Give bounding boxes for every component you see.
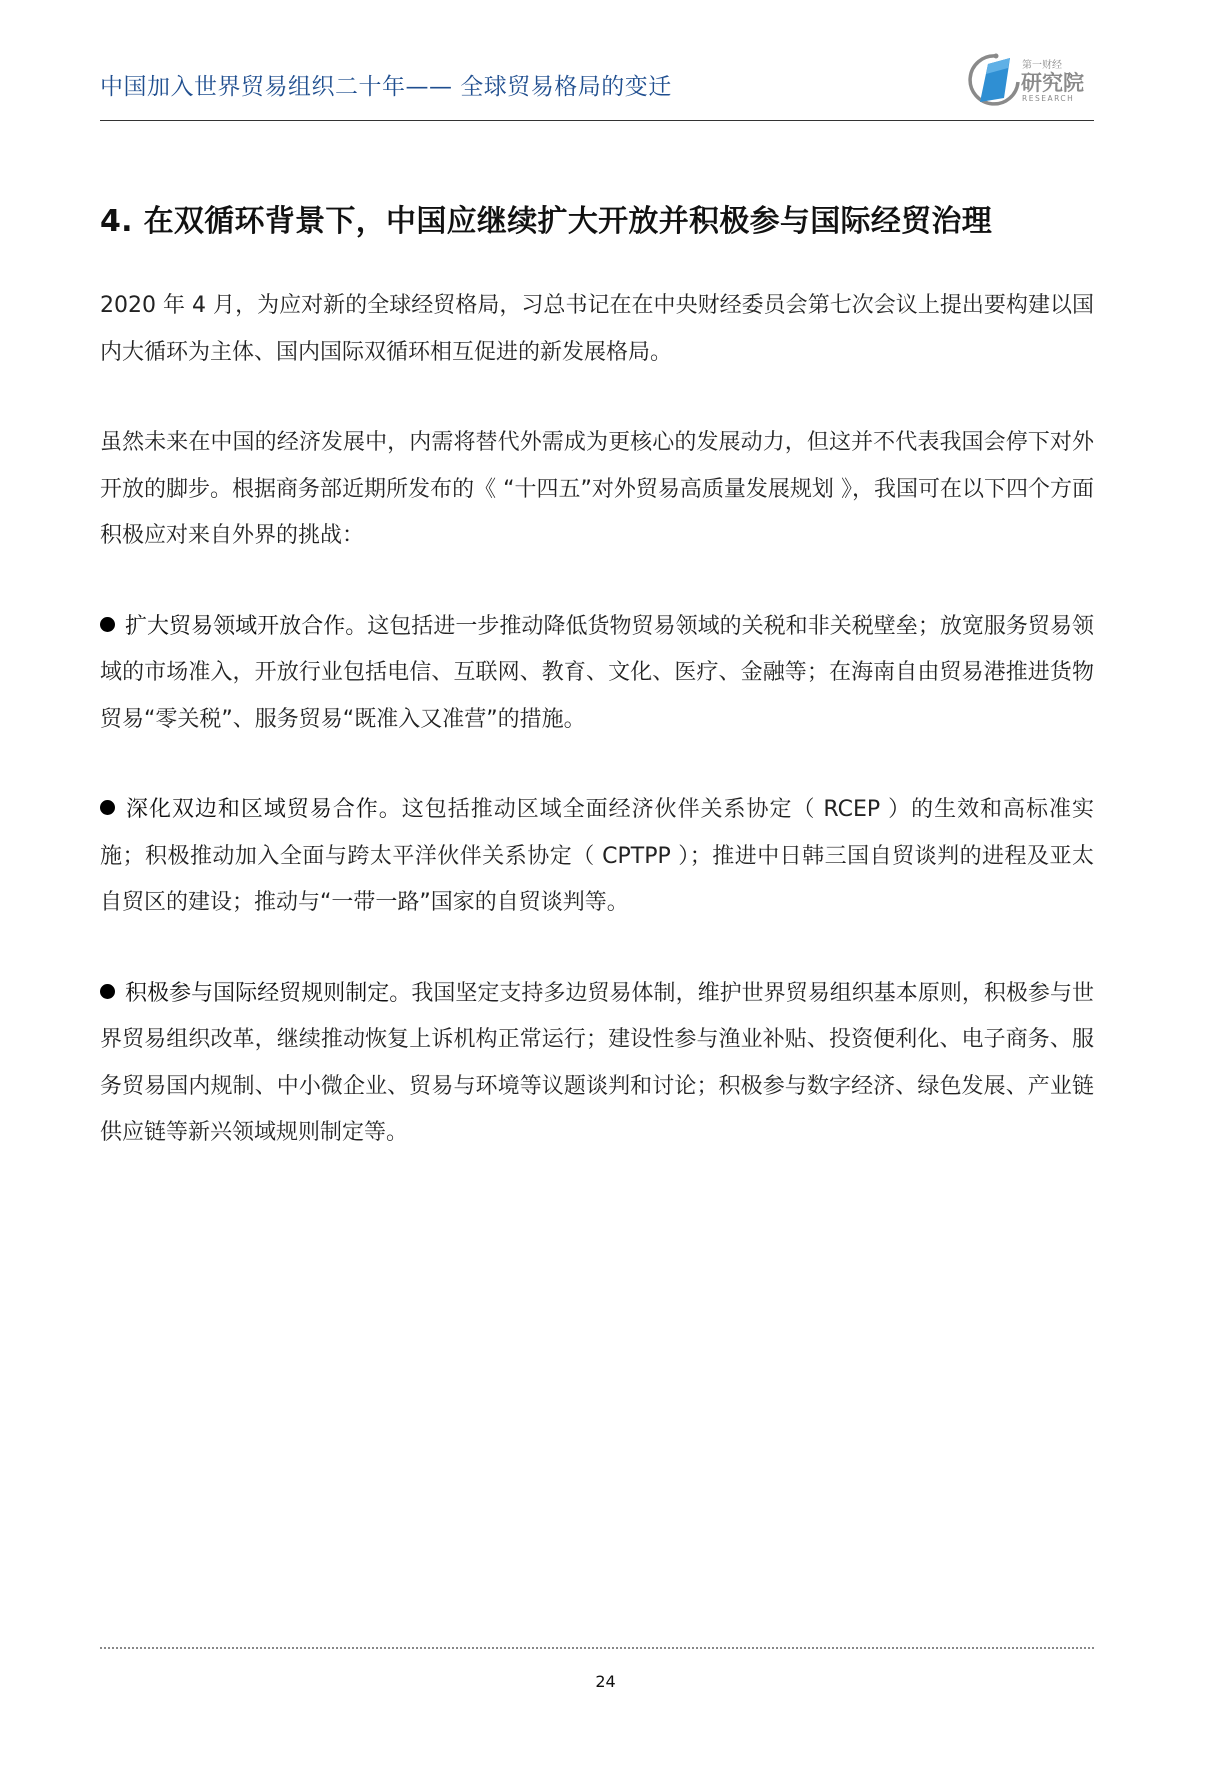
bullet-lead: 扩大贸易领域开放合作。 bbox=[125, 614, 367, 639]
bullet-item: 扩大贸易领域开放合作。这包括进一步推动降低货物贸易领域的关税和非关税壁垒；放宽服… bbox=[100, 604, 1094, 744]
footer-divider bbox=[100, 1647, 1094, 1649]
page-number: 24 bbox=[0, 1672, 1211, 1691]
document-title: 中国加入世界贸易组织二十年—— 全球贸易格局的变迁 bbox=[100, 68, 672, 101]
bullet-dot-icon bbox=[100, 984, 115, 999]
svg-text:RESEARCH: RESEARCH bbox=[1022, 94, 1074, 103]
document-body: 2020 年 4 月，为应对新的全球经贸格局，习总书记在在中央财经委员会第七次会… bbox=[100, 283, 1094, 1201]
paragraph: 2020 年 4 月，为应对新的全球经贸格局，习总书记在在中央财经委员会第七次会… bbox=[100, 283, 1094, 376]
bullet-item: 深化双边和区域贸易合作。这包括推动区域全面经济伙伴关系协定（ RCEP ）的生效… bbox=[100, 787, 1094, 927]
bullet-lead: 积极参与国际经贸规则制定。 bbox=[125, 981, 411, 1006]
paragraph: 虽然未来在中国的经济发展中，内需将替代外需成为更核心的发展动力，但这并不代表我国… bbox=[100, 420, 1094, 560]
section-heading: 4. 在双循环背景下，中国应继续扩大开放并积极参与国际经贸治理 bbox=[100, 196, 992, 240]
research-institute-logo-icon: 第一财经 研究院 RESEARCH bbox=[966, 52, 1086, 108]
svg-text:第一财经: 第一财经 bbox=[1022, 58, 1062, 71]
page-header: 中国加入世界贸易组织二十年—— 全球贸易格局的变迁 第一财经 研究院 RESEA… bbox=[100, 48, 1094, 120]
svg-text:研究院: 研究院 bbox=[1021, 71, 1084, 95]
bullet-dot-icon bbox=[100, 800, 115, 815]
bullet-lead: 深化双边和区域贸易合作。 bbox=[125, 797, 402, 822]
bullet-item: 积极参与国际经贸规则制定。我国坚定支持多边贸易体制，维护世界贸易组织基本原则，积… bbox=[100, 971, 1094, 1157]
research-institute-logo: 第一财经 研究院 RESEARCH bbox=[966, 52, 1086, 108]
bullet-dot-icon bbox=[100, 617, 115, 632]
header-divider bbox=[100, 120, 1094, 121]
